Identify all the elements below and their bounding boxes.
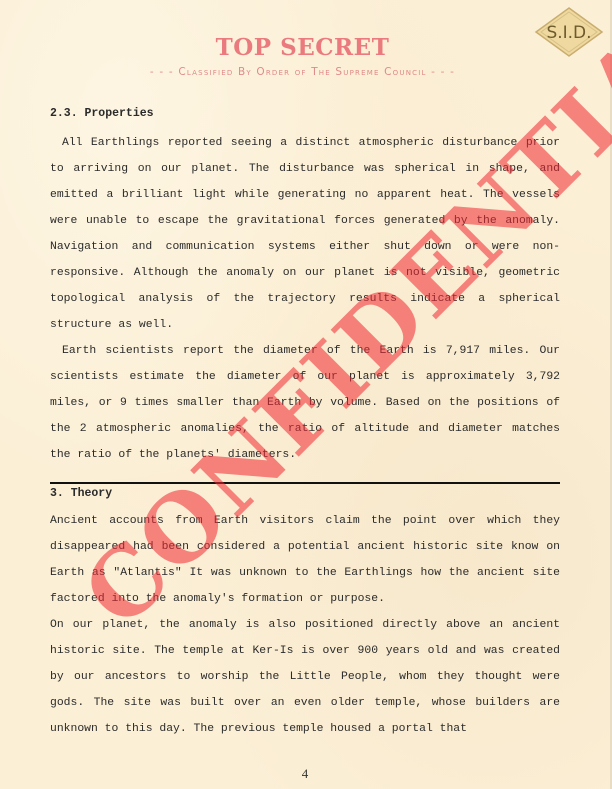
diamond-emblem-icon: S.I.D. (534, 6, 604, 58)
svg-text:S.I.D.: S.I.D. (546, 23, 591, 43)
paragraph: Earth scientists report the diameter of … (50, 338, 560, 468)
section-heading-theory: 3. Theory (50, 486, 560, 502)
paragraph: All Earthlings reported seeing a distinc… (50, 130, 560, 338)
section-heading-properties: 2.3. Properties (50, 104, 560, 124)
classification-subtitle: - - - Classified By Order of The Supreme… (0, 66, 605, 78)
section-divider (50, 482, 560, 484)
document-body: 2.3. Properties All Earthlings reported … (50, 104, 560, 742)
document-title: TOP SECRET (0, 34, 605, 61)
page-number: 4 (0, 766, 610, 782)
paragraph: On our planet, the anomaly is also posit… (50, 612, 560, 742)
paragraph: Ancient accounts from Earth visitors cla… (50, 508, 560, 612)
